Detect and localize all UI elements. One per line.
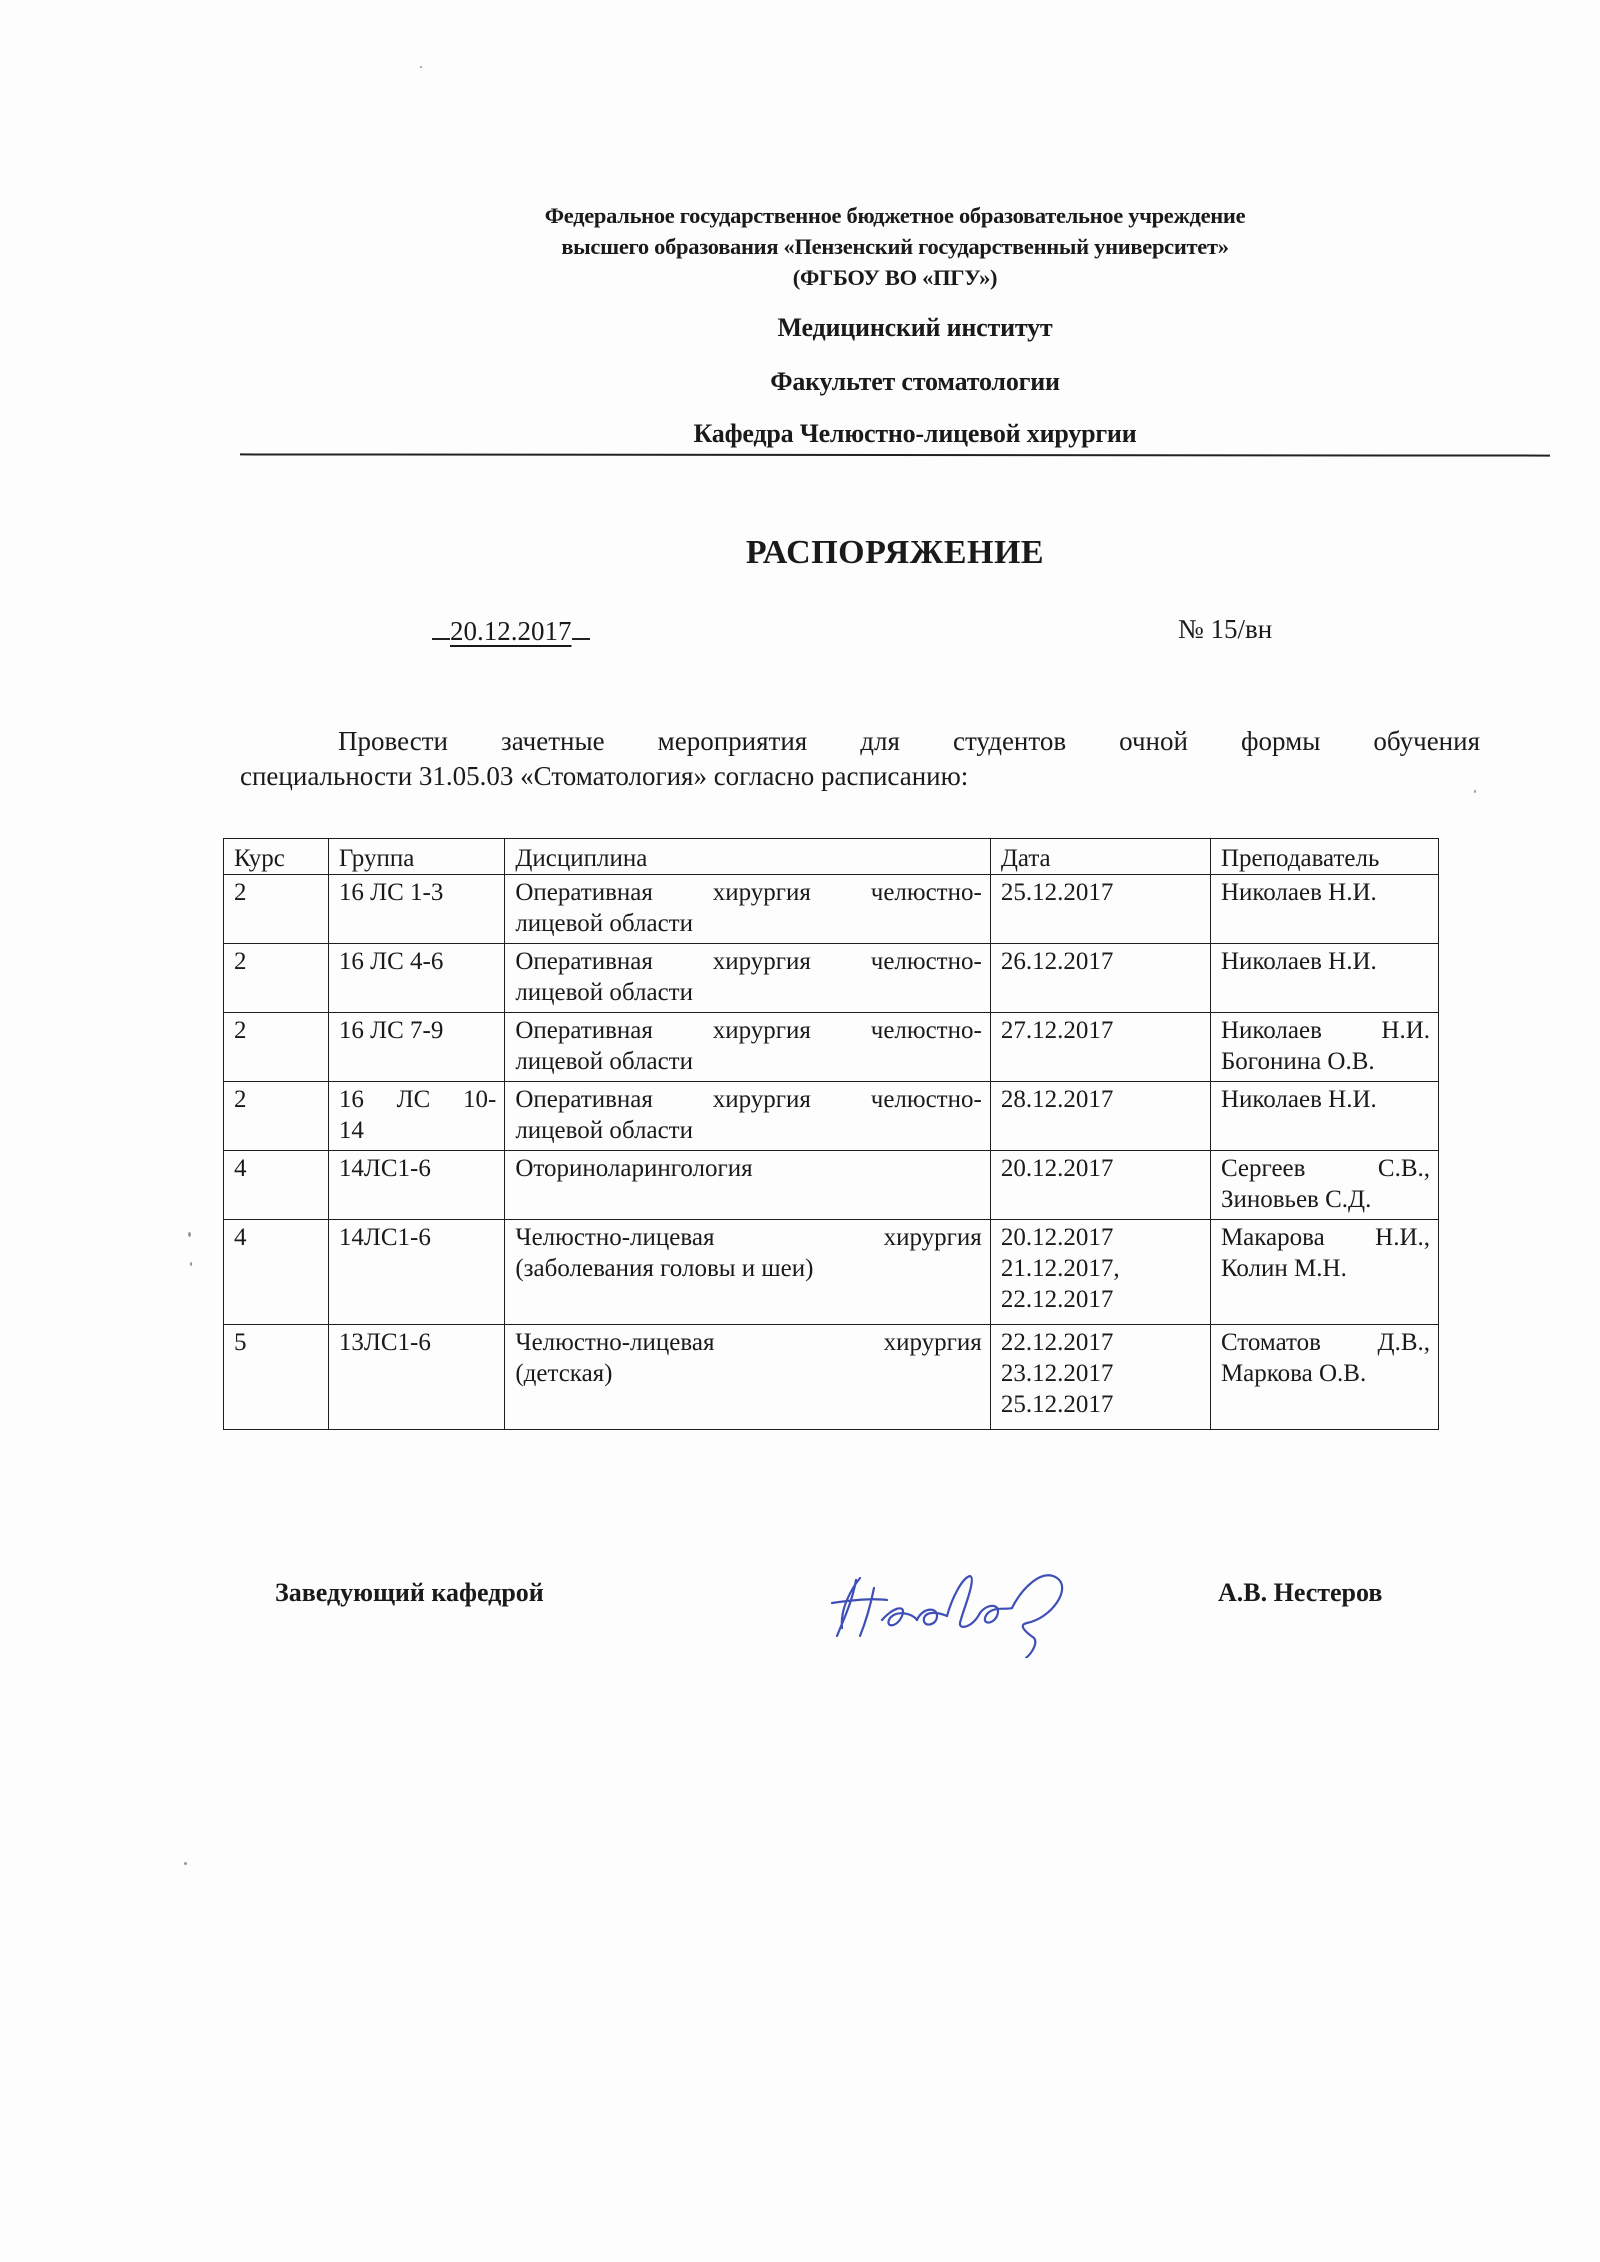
cell-course: 5 [224, 1325, 329, 1430]
cell-course: 4 [224, 1151, 329, 1220]
cell-teacher: Николаев Н.И. [1210, 1082, 1438, 1151]
column-header-teacher: Преподаватель [1210, 839, 1438, 875]
cell-teacher-line: Зиновьев С.Д. [1221, 1184, 1430, 1215]
cell-group-line: 13ЛС1-6 [339, 1327, 496, 1358]
cell-date: 26.12.2017 [990, 944, 1210, 1013]
exam-schedule-table: Курс Группа Дисциплина Дата Преподавател… [223, 838, 1439, 1430]
cell-date-line: 20.12.2017 [1001, 1222, 1202, 1253]
cell-date-line: 23.12.2017 [1001, 1358, 1202, 1389]
cell-group: 16 ЛС 10-14 [328, 1082, 504, 1151]
cell-course: 2 [224, 875, 329, 944]
organization-line: (ФГБОУ ВО «ПГУ») [420, 262, 1370, 293]
cell-discipline: Оториноларингология [505, 1151, 990, 1220]
cell-group: 16 ЛС 1-3 [328, 875, 504, 944]
institute-name: Медицинский институт [240, 312, 1590, 344]
cell-group-line: 16 ЛС 10- [339, 1084, 496, 1115]
cell-discipline-line: Челюстно-лицевая хирургия [515, 1222, 981, 1253]
cell-date: 28.12.2017 [990, 1082, 1210, 1151]
cell-teacher-line: Стоматов Д.В., [1221, 1327, 1430, 1358]
cell-discipline: Оперативная хирургия челюстно-лицевой об… [505, 875, 990, 944]
cell-teacher: Николаев Н.И.Богонина О.В. [1210, 1013, 1438, 1082]
table-row: 513ЛС1-6Челюстно-лицевая хирургия(детска… [224, 1325, 1439, 1430]
cell-discipline-line: лицевой области [515, 977, 981, 1008]
organization-header: Федеральное государственное бюджетное об… [420, 200, 1370, 293]
cell-discipline-line: Оперативная хирургия челюстно- [515, 877, 981, 908]
order-text: Провести зачетные мероприятия для студен… [240, 724, 1480, 794]
cell-group-line: 16 ЛС 1-3 [339, 877, 496, 908]
table-body: 216 ЛС 1-3Оперативная хирургия челюстно-… [224, 875, 1439, 1430]
cell-teacher-line: Николаев Н.И. [1221, 1084, 1430, 1115]
scan-artifact [190, 1262, 192, 1266]
cell-course-line: 2 [234, 946, 320, 977]
table-row: 216 ЛС 1-3Оперативная хирургия челюстно-… [224, 875, 1439, 944]
cell-teacher: Николаев Н.И. [1210, 875, 1438, 944]
document-page: Федеральное государственное бюджетное об… [0, 0, 1600, 2262]
cell-date: 20.12.201721.12.2017,22.12.2017 [990, 1220, 1210, 1325]
table-row: 414ЛС1-6Оториноларингология20.12.2017Сер… [224, 1151, 1439, 1220]
document-number: № 15/вн [1178, 614, 1272, 645]
cell-course-line: 2 [234, 1015, 320, 1046]
cell-teacher-line: Макарова Н.И., [1221, 1222, 1430, 1253]
cell-date-line: 28.12.2017 [1001, 1084, 1202, 1115]
cell-course-line: 4 [234, 1153, 320, 1184]
cell-course-line: 5 [234, 1327, 320, 1358]
organization-line: высшего образования «Пензенский государс… [420, 231, 1370, 262]
document-date: 20.12.2017 [432, 614, 590, 647]
cell-discipline-line: лицевой области [515, 1046, 981, 1077]
cell-group-line: 14ЛС1-6 [339, 1153, 496, 1184]
column-header-discipline: Дисциплина [505, 839, 990, 875]
document-date-value: 20.12.2017 [450, 616, 572, 646]
table-header-row: Курс Группа Дисциплина Дата Преподавател… [224, 839, 1439, 875]
cell-date-line: 25.12.2017 [1001, 1389, 1202, 1420]
scan-artifact [420, 66, 422, 68]
cell-course-line: 2 [234, 877, 320, 908]
cell-date-line: 20.12.2017 [1001, 1153, 1202, 1184]
cell-discipline: Оперативная хирургия челюстно-лицевой об… [505, 944, 990, 1013]
column-header-group: Группа [328, 839, 504, 875]
cell-date: 27.12.2017 [990, 1013, 1210, 1082]
cell-group: 13ЛС1-6 [328, 1325, 504, 1430]
cell-date-line: 22.12.2017 [1001, 1284, 1202, 1315]
table-row: 216 ЛС 10-14Оперативная хирургия челюстн… [224, 1082, 1439, 1151]
cell-course-line: 2 [234, 1084, 320, 1115]
cell-group: 16 ЛС 7-9 [328, 1013, 504, 1082]
signatory-role: Заведующий кафедрой [275, 1578, 544, 1608]
cell-teacher-line: Николаев Н.И. [1221, 877, 1430, 908]
scan-artifact [184, 1862, 187, 1865]
column-header-course: Курс [224, 839, 329, 875]
underline-pad [432, 614, 450, 640]
cell-group-line: 14 [339, 1115, 496, 1146]
table-row: 216 ЛС 7-9Оперативная хирургия челюстно-… [224, 1013, 1439, 1082]
cell-teacher-line: Сергеев С.В., [1221, 1153, 1430, 1184]
table-row: 216 ЛС 4-6Оперативная хирургия челюстно-… [224, 944, 1439, 1013]
cell-discipline: Челюстно-лицевая хирургия(заболевания го… [505, 1220, 990, 1325]
cell-group: 14ЛС1-6 [328, 1151, 504, 1220]
cell-discipline-line: лицевой области [515, 1115, 981, 1146]
organization-line: Федеральное государственное бюджетное об… [420, 200, 1370, 231]
cell-date-line: 25.12.2017 [1001, 877, 1202, 908]
cell-discipline-line: Челюстно-лицевая хирургия [515, 1327, 981, 1358]
cell-date-line: 22.12.2017 [1001, 1327, 1202, 1358]
cell-discipline-line: Оториноларингология [515, 1153, 981, 1184]
cell-discipline-line: (заболевания головы и шеи) [515, 1253, 981, 1284]
signatory-name: А.В. Нестеров [1218, 1578, 1382, 1608]
document-title: РАСПОРЯЖЕНИЕ [420, 534, 1370, 572]
order-text-line: Провести зачетные мероприятия для студен… [240, 724, 1480, 759]
cell-date: 22.12.201723.12.201725.12.2017 [990, 1325, 1210, 1430]
cell-teacher-line: Николаев Н.И. [1221, 946, 1430, 977]
cell-course: 4 [224, 1220, 329, 1325]
cell-teacher-line: Николаев Н.И. [1221, 1015, 1430, 1046]
handwritten-signature [812, 1558, 1092, 1658]
cell-teacher: Сергеев С.В.,Зиновьев С.Д. [1210, 1151, 1438, 1220]
faculty-name: Факультет стоматологии [240, 366, 1590, 398]
cell-group-line: 14ЛС1-6 [339, 1222, 496, 1253]
cell-date-line: 27.12.2017 [1001, 1015, 1202, 1046]
cell-teacher-line: Колин М.Н. [1221, 1253, 1430, 1284]
cell-course: 2 [224, 1013, 329, 1082]
cell-discipline-line: Оперативная хирургия челюстно- [515, 1015, 981, 1046]
cell-group: 14ЛС1-6 [328, 1220, 504, 1325]
underline-pad [572, 614, 590, 640]
cell-discipline-line: Оперативная хирургия челюстно- [515, 946, 981, 977]
cell-teacher: Стоматов Д.В.,Маркова О.В. [1210, 1325, 1438, 1430]
header-divider [240, 453, 1550, 456]
cell-discipline: Челюстно-лицевая хирургия(детская) [505, 1325, 990, 1430]
cell-group-line: 16 ЛС 4-6 [339, 946, 496, 977]
scan-artifact [1474, 790, 1476, 793]
cell-group-line: 16 ЛС 7-9 [339, 1015, 496, 1046]
cell-discipline-line: Оперативная хирургия челюстно- [515, 1084, 981, 1115]
cell-teacher-line: Богонина О.В. [1221, 1046, 1430, 1077]
cell-discipline-line: лицевой области [515, 908, 981, 939]
cell-course-line: 4 [234, 1222, 320, 1253]
order-text-line: специальности 31.05.03 «Стоматология» со… [240, 759, 1480, 794]
cell-date: 20.12.2017 [990, 1151, 1210, 1220]
cell-teacher: Макарова Н.И.,Колин М.Н. [1210, 1220, 1438, 1325]
cell-date-line: 21.12.2017, [1001, 1253, 1202, 1284]
cell-course: 2 [224, 944, 329, 1013]
scan-artifact [188, 1232, 191, 1237]
cell-group: 16 ЛС 4-6 [328, 944, 504, 1013]
column-header-date: Дата [990, 839, 1210, 875]
cell-discipline: Оперативная хирургия челюстно-лицевой об… [505, 1013, 990, 1082]
cell-date: 25.12.2017 [990, 875, 1210, 944]
department-name: Кафедра Челюстно-лицевой хирургии [240, 418, 1590, 450]
cell-date-line: 26.12.2017 [1001, 946, 1202, 977]
cell-discipline-line: (детская) [515, 1358, 981, 1389]
cell-teacher-line: Маркова О.В. [1221, 1358, 1430, 1389]
table-row: 414ЛС1-6Челюстно-лицевая хирургия(заболе… [224, 1220, 1439, 1325]
cell-course: 2 [224, 1082, 329, 1151]
cell-teacher: Николаев Н.И. [1210, 944, 1438, 1013]
cell-discipline: Оперативная хирургия челюстно-лицевой об… [505, 1082, 990, 1151]
